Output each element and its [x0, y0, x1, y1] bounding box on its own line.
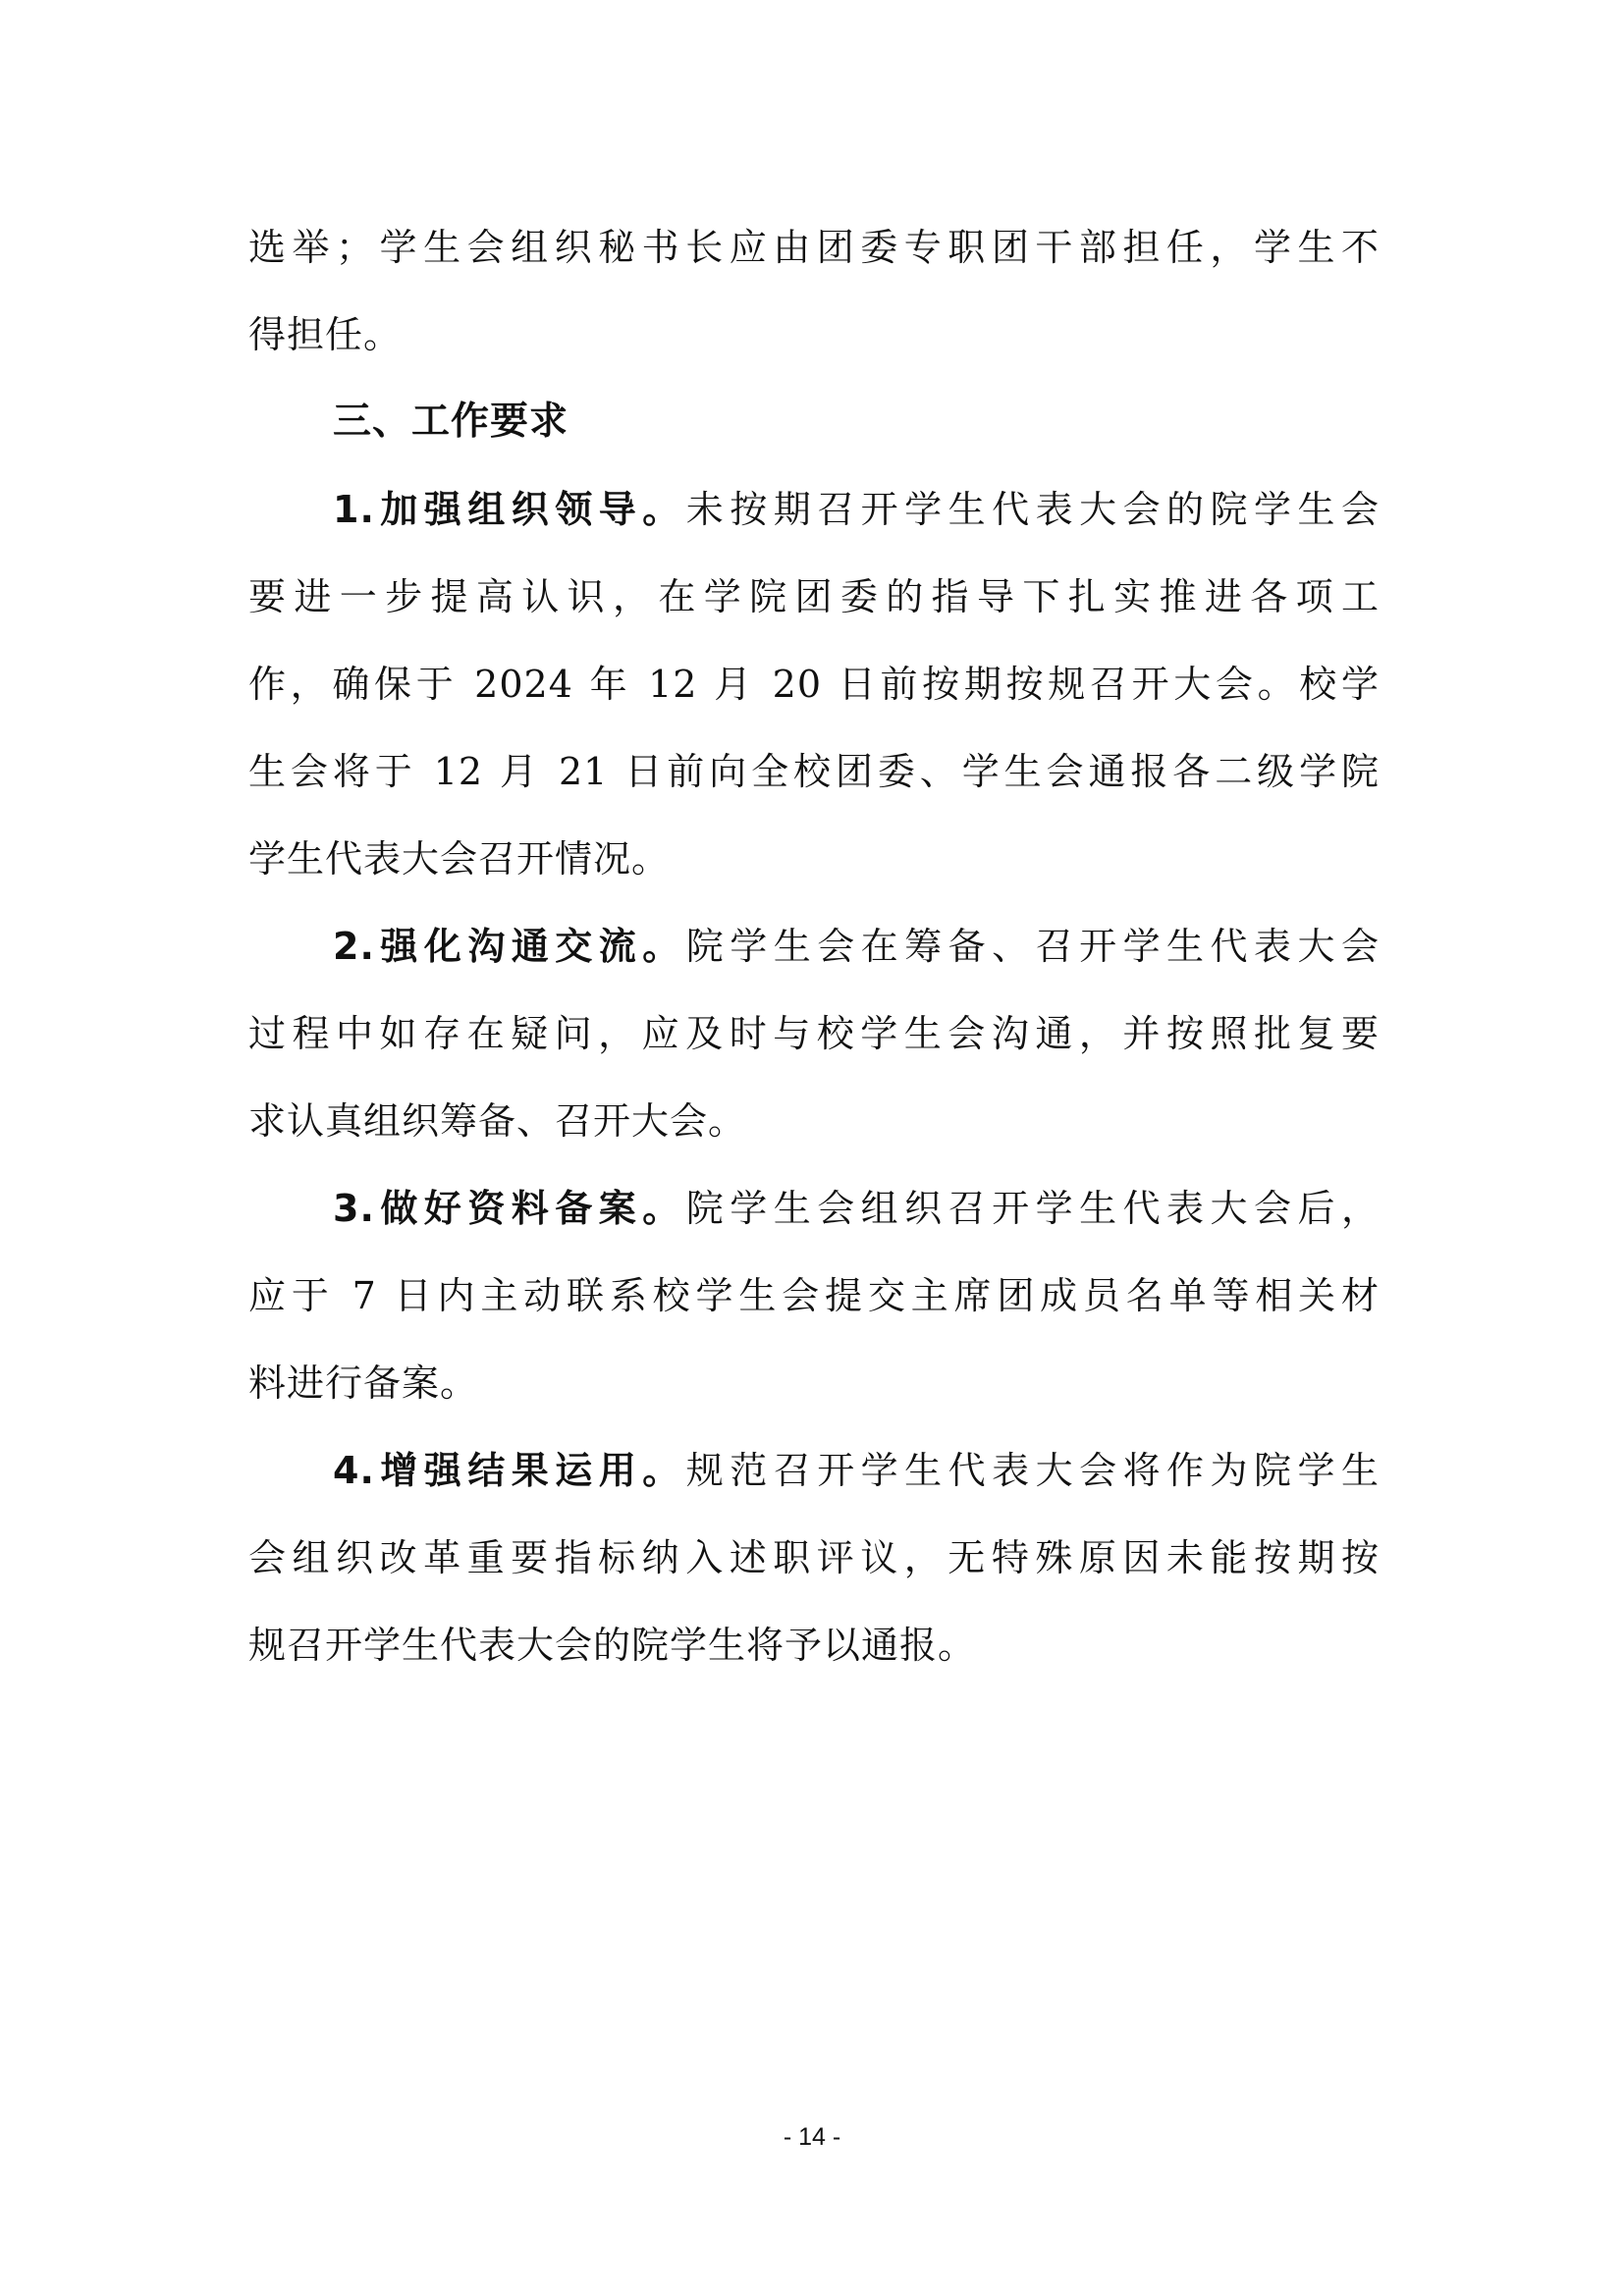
document-page: 选举；学生会组织秘书长应由团委专职团干部担任，学生不 得担任。 三、工作要求 1…: [0, 0, 1624, 2296]
paragraph-line: 求认真组织筹备、召开大会。: [248, 1092, 1380, 1179]
section-heading: 三、工作要求: [248, 393, 1380, 480]
item-text: 院学生会组织召开学生代表大会后，: [686, 1187, 1380, 1230]
item-title: 4.增强结果运用。: [333, 1449, 686, 1492]
item-3-first-line: 3.做好资料备案。院学生会组织召开学生代表大会后，: [248, 1179, 1380, 1266]
item-text: 规范召开学生代表大会将作为院学生: [686, 1449, 1380, 1492]
paragraph-line: 学生代表大会召开情况。: [248, 829, 1380, 917]
page-number: - 14 -: [0, 2123, 1624, 2152]
paragraph-line: 选举；学生会组织秘书长应由团委专职团干部担任，学生不: [248, 218, 1380, 305]
paragraph-line: 作，确保于 2024 年 12 月 20 日前按期按规召开大会。校学: [248, 655, 1380, 742]
paragraph-line: 得担任。: [248, 305, 1380, 393]
paragraph-line: 过程中如存在疑问，应及时与校学生会沟通，并按照批复要: [248, 1004, 1380, 1092]
paragraph-line: 规召开学生代表大会的院学生将予以通报。: [248, 1616, 1380, 1703]
paragraph-line: 生会将于 12 月 21 日前向全校团委、学生会通报各二级学院: [248, 742, 1380, 829]
paragraph-line: 要进一步提高认识，在学院团委的指导下扎实推进各项工: [248, 567, 1380, 655]
item-title: 2.强化沟通交流。: [333, 925, 686, 968]
paragraph-line: 会组织改革重要指标纳入述职评议，无特殊原因未能按期按: [248, 1528, 1380, 1616]
paragraph-line: 料进行备案。: [248, 1354, 1380, 1441]
item-text: 院学生会在筹备、召开学生代表大会: [686, 925, 1380, 968]
item-4-first-line: 4.增强结果运用。规范召开学生代表大会将作为院学生: [248, 1441, 1380, 1528]
paragraph-line: 应于 7 日内主动联系校学生会提交主席团成员名单等相关材: [248, 1266, 1380, 1354]
item-2-first-line: 2.强化沟通交流。院学生会在筹备、召开学生代表大会: [248, 917, 1380, 1004]
item-text: 未按期召开学生代表大会的院学生会: [686, 488, 1380, 531]
item-title: 3.做好资料备案。: [333, 1187, 686, 1230]
item-1-first-line: 1.加强组织领导。未按期召开学生代表大会的院学生会: [248, 480, 1380, 567]
document-body: 选举；学生会组织秘书长应由团委专职团干部担任，学生不 得担任。 三、工作要求 1…: [248, 218, 1380, 1703]
item-title: 1.加强组织领导。: [333, 488, 686, 531]
